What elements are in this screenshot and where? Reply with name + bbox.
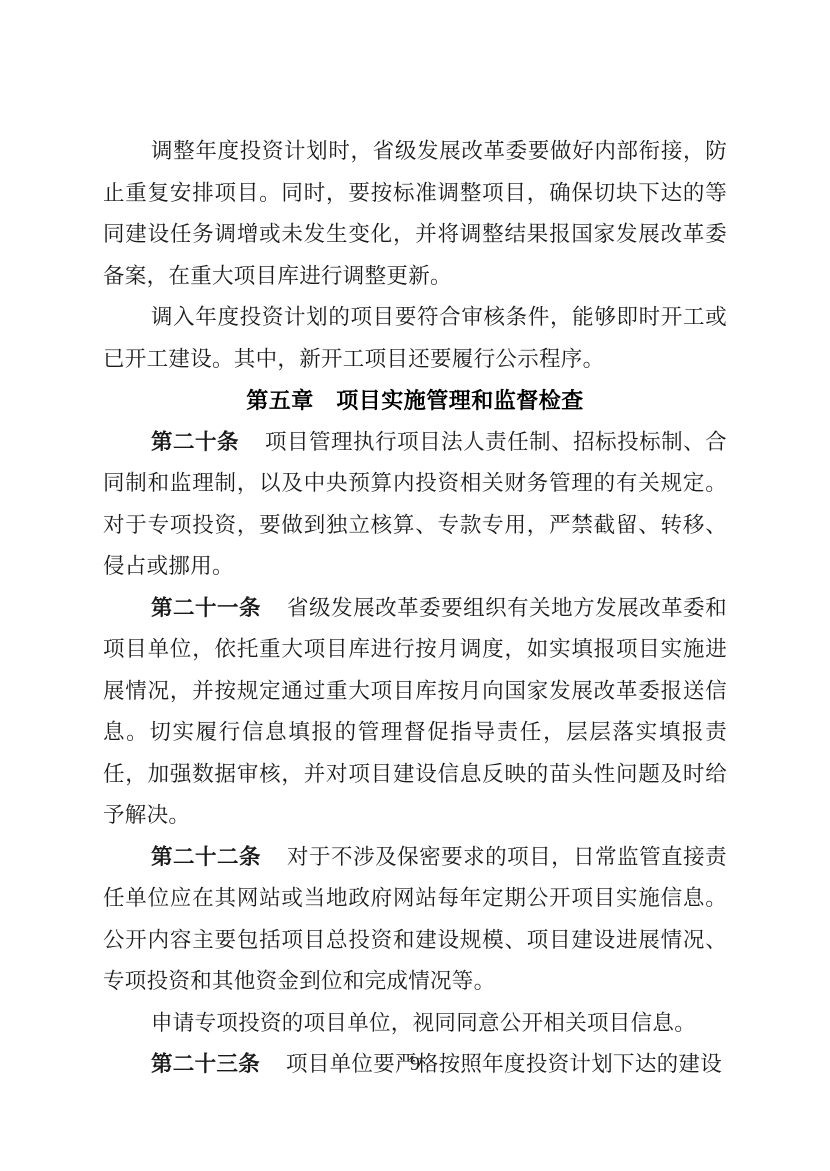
para-plan-entry-conditions: 调入年度投资计划的项目要符合审核条件，能够即时开工或已开工建设。其中，新开工项目… — [103, 297, 727, 380]
para-article-20: 第二十条项目管理执行项目法人责任制、招标投标制、合同制和监理制，以及中央预算内投… — [103, 422, 727, 588]
chapter-5-heading: 第五章 项目实施管理和监督检查 — [103, 380, 727, 422]
para-adjust-annual-plan: 调整年度投资计划时，省级发展改革委要做好内部衔接，防止重复安排项目。同时，要按标… — [103, 131, 727, 297]
article-21-number: 第二十一条 — [151, 596, 261, 620]
para-article-22-consent: 申请专项投资的项目单位，视同同意公开相关项目信息。 — [103, 1003, 727, 1045]
page-number: 9 — [0, 1044, 830, 1086]
article-22-number: 第二十二条 — [151, 845, 261, 869]
para-article-21: 第二十一条省级发展改革委要组织有关地方发展改革委和项目单位，依托重大项目库进行按… — [103, 588, 727, 837]
article-20-number: 第二十条 — [151, 430, 239, 454]
document-page: 调整年度投资计划时，省级发展改革委要做好内部衔接，防止重复安排项目。同时，要按标… — [0, 0, 830, 1171]
article-21-text: 省级发展改革委要组织有关地方发展改革委和项目单位，依托重大项目库进行按月调度，如… — [103, 596, 727, 828]
para-article-22: 第二十二条对于不涉及保密要求的项目，日常监管直接责任单位应在其网站或当地政府网站… — [103, 837, 727, 1003]
document-body: 调整年度投资计划时，省级发展改革委要做好内部衔接，防止重复安排项目。同时，要按标… — [103, 131, 727, 1086]
